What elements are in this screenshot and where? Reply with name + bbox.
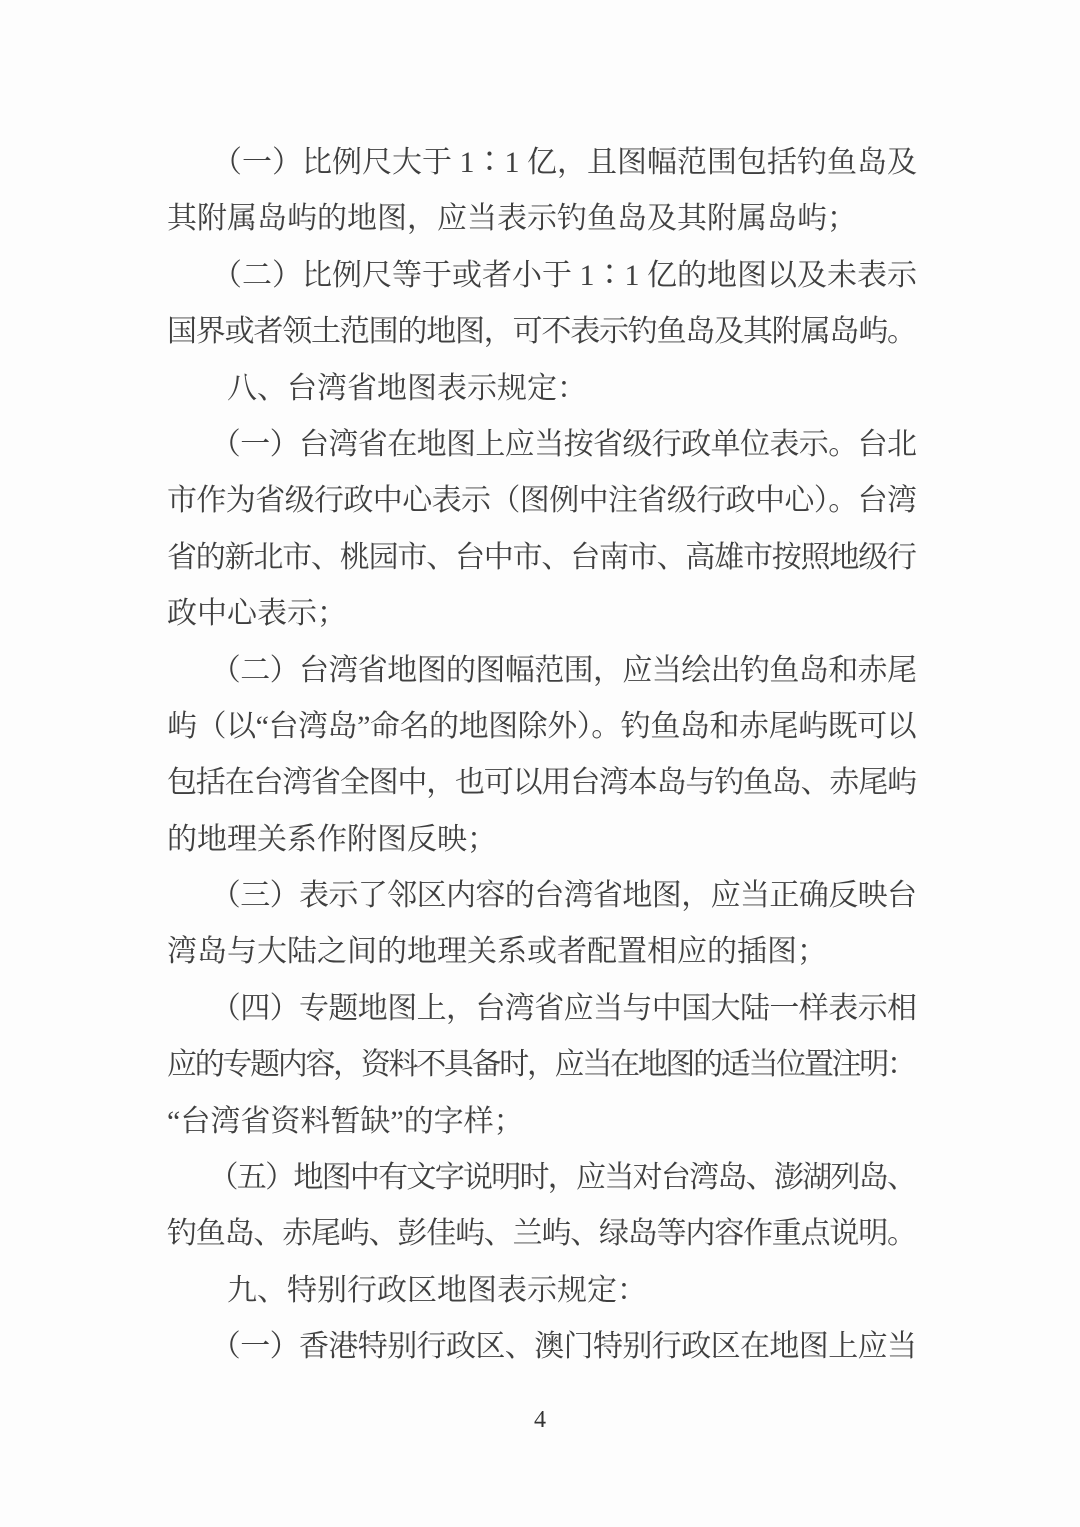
text-line: （一）香港特别行政区、澳门特别行政区在地图上应当 [167, 1319, 917, 1375]
document-body: （一）比例尺大于 1∶1 亿，且图幅范围包括钓鱼岛及其附属岛屿的地图，应当表示钓… [167, 135, 917, 1376]
text-line: 屿（以“台湾岛”命名的地图除外）。钓鱼岛和赤尾屿既可以 [167, 699, 917, 755]
text-line: （二）比例尺等于或者小于 1∶1 亿的地图以及未表示 [167, 248, 917, 304]
text-line: “台湾省资料暂缺”的字样； [167, 1094, 917, 1150]
text-line: （五）地图中有文字说明时，应当对台湾岛、澎湖列岛、 [167, 1150, 917, 1206]
text-line: 国界或者领土范围的地图，可不表示钓鱼岛及其附属岛屿。 [167, 304, 917, 360]
text-line: 八、台湾省地图表示规定： [167, 361, 917, 417]
text-line: （四）专题地图上，台湾省应当与中国大陆一样表示相 [167, 981, 917, 1037]
text-line: 省的新北市、桃园市、台中市、台南市、高雄市按照地级行 [167, 530, 917, 586]
text-line: （一）比例尺大于 1∶1 亿，且图幅范围包括钓鱼岛及 [167, 135, 917, 191]
text-line: （二）台湾省地图的图幅范围，应当绘出钓鱼岛和赤尾 [167, 643, 917, 699]
text-line: 市作为省级行政中心表示（图例中注省级行政中心）。台湾 [167, 473, 917, 529]
page-number: 4 [0, 1408, 1080, 1432]
text-line: （三）表示了邻区内容的台湾省地图，应当正确反映台 [167, 868, 917, 924]
text-line: 钓鱼岛、赤尾屿、彭佳屿、兰屿、绿岛等内容作重点说明。 [167, 1206, 917, 1262]
text-line: 九、特别行政区地图表示规定： [167, 1263, 917, 1319]
text-line: 其附属岛屿的地图，应当表示钓鱼岛及其附属岛屿； [167, 191, 917, 247]
text-line: 政中心表示； [167, 586, 917, 642]
text-line: 的地理关系作附图反映； [167, 812, 917, 868]
document-page: （一）比例尺大于 1∶1 亿，且图幅范围包括钓鱼岛及其附属岛屿的地图，应当表示钓… [0, 0, 1080, 1527]
text-line: 包括在台湾省全图中，也可以用台湾本岛与钓鱼岛、赤尾屿 [167, 755, 917, 811]
text-line: （一）台湾省在地图上应当按省级行政单位表示。台北 [167, 417, 917, 473]
text-line: 应的专题内容，资料不具备时，应当在地图的适当位置注明： [167, 1037, 917, 1093]
text-line: 湾岛与大陆之间的地理关系或者配置相应的插图； [167, 924, 917, 980]
